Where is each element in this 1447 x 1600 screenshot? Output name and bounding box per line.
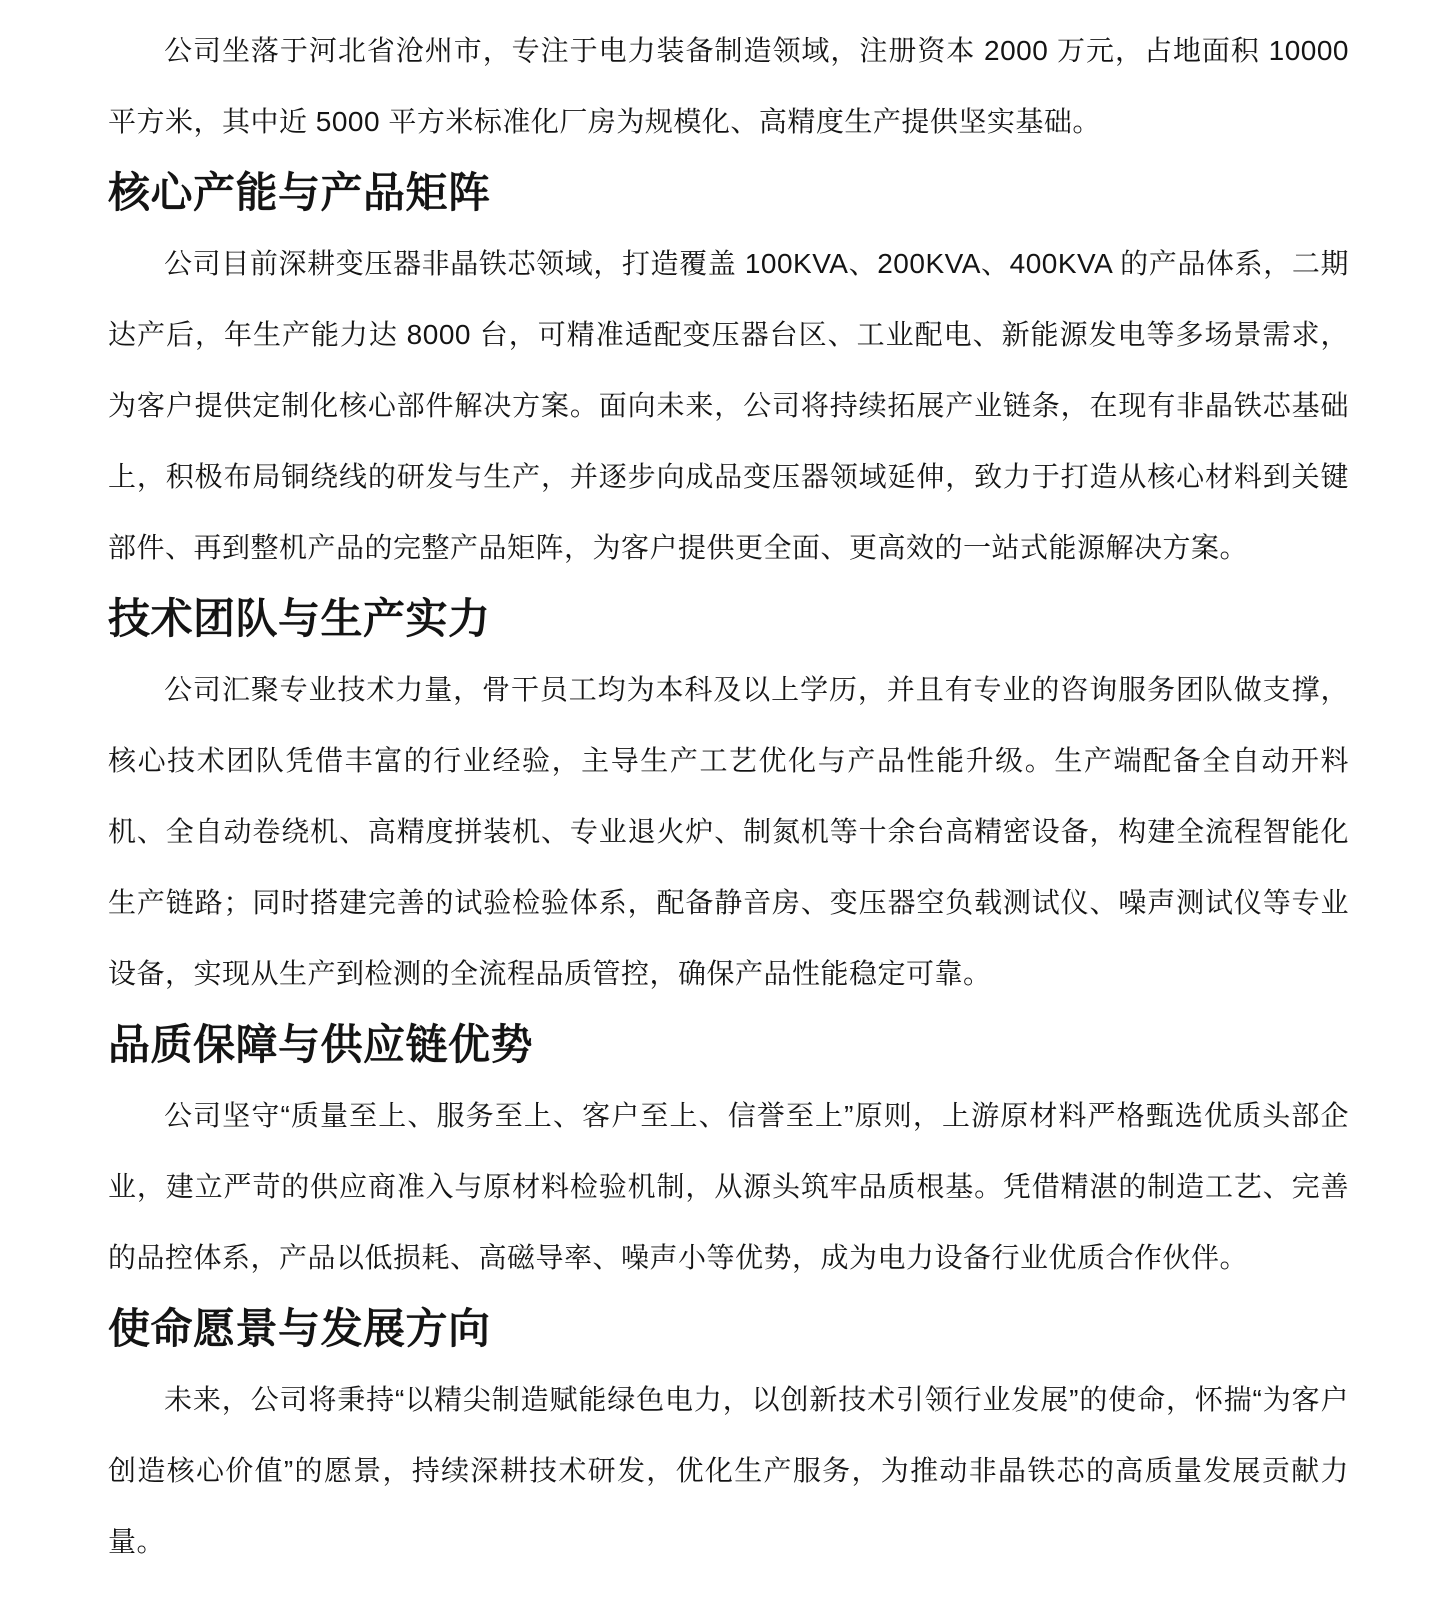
document-page: 公司坐落于河北省沧州市，专注于电力装备制造领域，注册资本 2000 万元，占地面…	[0, 0, 1447, 1600]
paragraph-company-location: 公司坐落于河北省沧州市，专注于电力装备制造领域，注册资本 2000 万元，占地面…	[108, 15, 1349, 157]
paragraph-quality-supply-chain: 公司坚守“质量至上、服务至上、客户至上、信誉至上”原则，上游原材料严格甄选优质头…	[108, 1080, 1349, 1293]
paragraph-mission-vision: 未来，公司将秉持“以精尖制造赋能绿色电力，以创新技术引领行业发展”的使命，怀揣“…	[108, 1364, 1349, 1577]
section-heading-tech-team: 技术团队与生产实力	[108, 583, 1349, 654]
paragraph-core-capacity: 公司目前深耕变压器非晶铁芯领域，打造覆盖 100KVA、200KVA、400KV…	[108, 228, 1349, 583]
paragraph-tech-team: 公司汇聚专业技术力量，骨干员工均为本科及以上学历，并且有专业的咨询服务团队做支撑…	[108, 654, 1349, 1009]
section-heading-quality-supply-chain: 品质保障与供应链优势	[108, 1009, 1349, 1080]
section-heading-mission-vision: 使命愿景与发展方向	[108, 1293, 1349, 1364]
section-heading-core-capacity: 核心产能与产品矩阵	[108, 157, 1349, 228]
